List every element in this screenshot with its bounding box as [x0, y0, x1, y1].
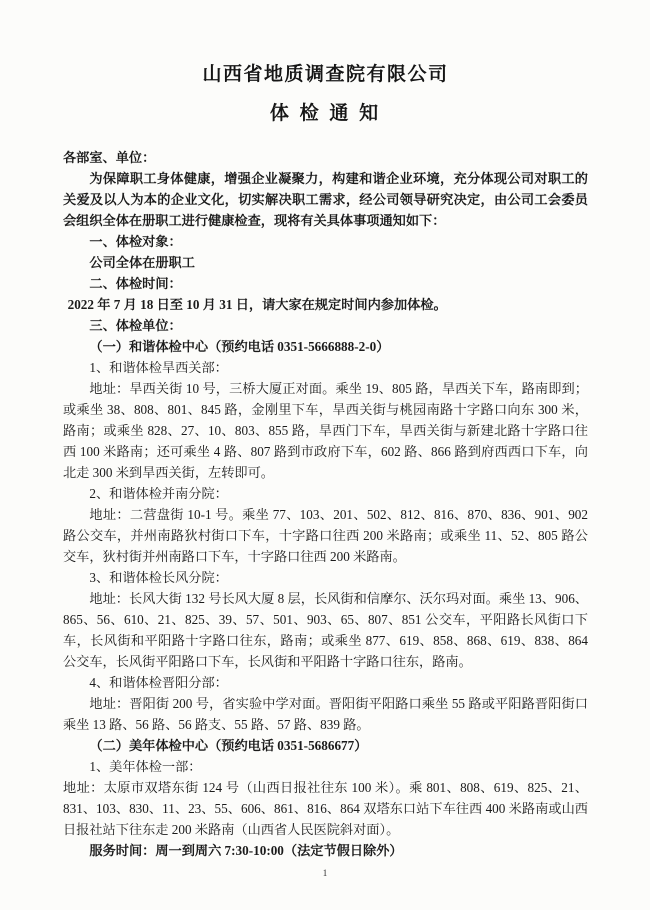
notice-title: 体 检 通 知: [63, 103, 588, 125]
doc-line-address: 地址：二营盘街 10-1 号。乘坐 77、103、201、502、812、816…: [63, 504, 588, 567]
doc-line-heading: 二、体检时间：: [63, 273, 588, 294]
doc-line-heading: （二）美年体检中心（预约电话 0351-5686677）: [63, 735, 588, 756]
doc-line-intro: 为保障职工身体健康，增强企业凝聚力，构建和谐企业环境，充分体现公司对职工的关爱及…: [63, 168, 588, 231]
doc-line-address: 地址：晋阳街 200 号，省实验中学对面。晋阳街平阳路口乘坐 55 路或平阳路晋…: [63, 693, 588, 735]
doc-line-heading: 三、体检单位：: [63, 315, 588, 336]
page-number: 1: [0, 868, 650, 878]
salutation: 各部室、单位：: [63, 147, 588, 168]
doc-line-subheading: 3、和谐体检长风分院：: [63, 567, 588, 588]
document-body: 为保障职工身体健康，增强企业凝聚力，构建和谐企业环境，充分体现公司对职工的关爱及…: [63, 168, 588, 861]
doc-line-emphasis: 公司全体在册职工: [63, 252, 588, 273]
doc-line-date: 2022 年 7 月 18 日至 10 月 31 日，请大家在规定时间内参加体检…: [63, 294, 588, 315]
doc-line-subheading: 1、美年体检一部：: [63, 756, 588, 777]
doc-line-emphasis: 服务时间：周一到周六 7:30-10:00（法定节假日除外）: [63, 840, 588, 861]
company-name: 山西省地质调查院有限公司: [63, 64, 588, 86]
document-content: 山西省地质调查院有限公司 体 检 通 知 各部室、单位： 为保障职工身体健康，增…: [0, 0, 650, 861]
document-page: 山西省地质调查院有限公司 体 检 通 知 各部室、单位： 为保障职工身体健康，增…: [0, 0, 650, 910]
doc-line-subheading: 4、和谐体检晋阳分部：: [63, 672, 588, 693]
doc-line-address-flush: 地址：太原市双塔东街 124 号（山西日报社往东 100 米）。乘 801、80…: [63, 777, 588, 840]
doc-line-address: 地址：长风大街 132 号长风大厦 8 层，长风街和信摩尔、沃尔玛对面。乘坐 1…: [63, 588, 588, 672]
doc-line-subheading: 1、和谐体检旱西关部：: [63, 357, 588, 378]
doc-line-heading: （一）和谐体检中心（预约电话 0351-5666888-2-0）: [63, 336, 588, 357]
doc-line-subheading: 2、和谐体检并南分院：: [63, 483, 588, 504]
doc-line-heading: 一、体检对象：: [63, 231, 588, 252]
doc-line-address: 地址：旱西关街 10 号，三桥大厦正对面。乘坐 19、805 路，旱西关下车，路…: [63, 378, 588, 483]
